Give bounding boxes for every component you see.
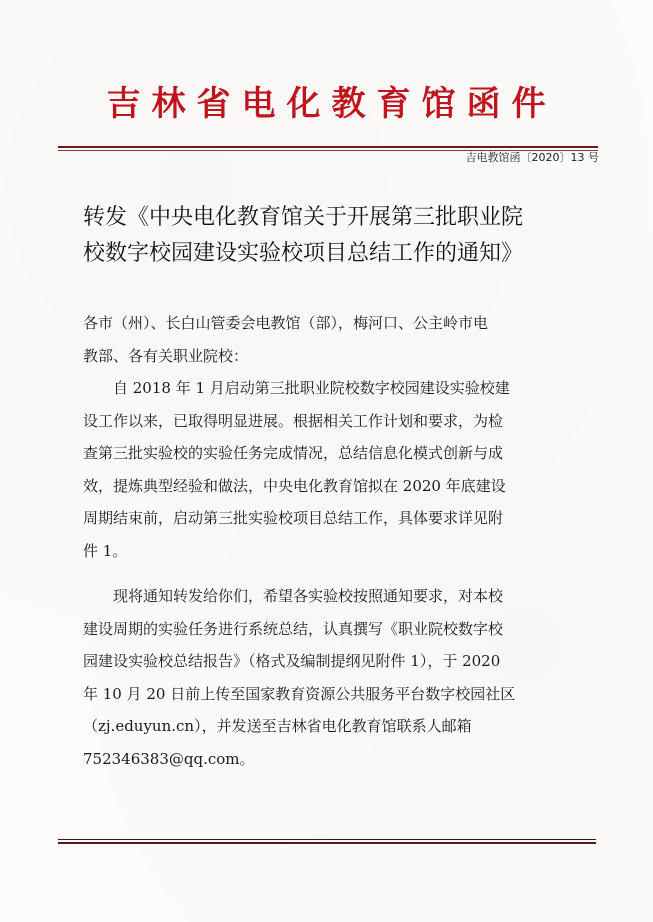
paragraph-2: 现将通知转发给你们，希望各实验校按照通知要求，对本校 建设周期的实验任务进行系统… (83, 580, 593, 775)
document-title: 转发《中央电化教育馆关于开展第三批职业院 校数字校园建设实验校项目总结工作的通知… (83, 200, 603, 272)
body-line: 建设周期的实验任务进行系统总结，认真撰写《职业院校数字校 (83, 613, 593, 646)
document-title-line: 转发《中央电化教育馆关于开展第三批职业院 (83, 200, 603, 236)
body-line: 查第三批实验校的实验任务完成情况，总结信息化模式创新与成 (83, 437, 593, 470)
document-page: 吉林省电化教育馆函件 吉电教馆函〔2020〕13 号 转发《中央电化教育馆关于开… (0, 0, 653, 922)
body-line: 年 10 月 20 日前上传至国家教育资源公共服务平台数字校园社区 (83, 678, 593, 711)
body-line: 教部、各有关职业院校： (83, 340, 593, 373)
body-line: 自 2018 年 1 月启动第三批职业院校数字校园建设实验校建 (83, 372, 593, 405)
document-body: 各市（州）、长白山管委会电教馆（部），梅河口、公主岭市电 教部、各有关职业院校：… (83, 307, 593, 775)
document-title-line: 校数字校园建设实验校项目总结工作的通知》 (83, 236, 603, 272)
paragraph-1: 自 2018 年 1 月启动第三批职业院校数字校园建设实验校建 设工作以来，已取… (83, 372, 593, 567)
paragraph-spacer (83, 567, 593, 580)
body-line: 各市（州）、长白山管委会电教馆（部），梅河口、公主岭市电 (83, 307, 593, 340)
document-number: 吉电教馆函〔2020〕13 号 (466, 150, 600, 166)
footer-divider (58, 839, 596, 844)
body-line: 周期结束前，启动第三批实验校项目总结工作，具体要求详见附 (83, 502, 593, 535)
body-line: （zj.eduyun.cn），并发送至吉林省电化教育馆联系人邮箱 (83, 710, 593, 743)
salutation: 各市（州）、长白山管委会电教馆（部），梅河口、公主岭市电 教部、各有关职业院校： (83, 307, 593, 372)
body-line: 效，提炼典型经验和做法，中央电化教育馆拟在 2020 年底建设 (83, 470, 593, 503)
body-line: 现将通知转发给你们，希望各实验校按照通知要求，对本校 (83, 580, 593, 613)
body-line: 园建设实验校总结报告》（格式及编制提纲见附件 1），于 2020 (83, 645, 593, 678)
body-line: 件 1。 (83, 535, 593, 568)
body-line: 752346383@qq.com。 (83, 743, 593, 776)
letterhead-title: 吉林省电化教育馆函件 (0, 84, 653, 124)
body-line: 设工作以来，已取得明显进展。根据相关工作计划和要求，为检 (83, 405, 593, 438)
